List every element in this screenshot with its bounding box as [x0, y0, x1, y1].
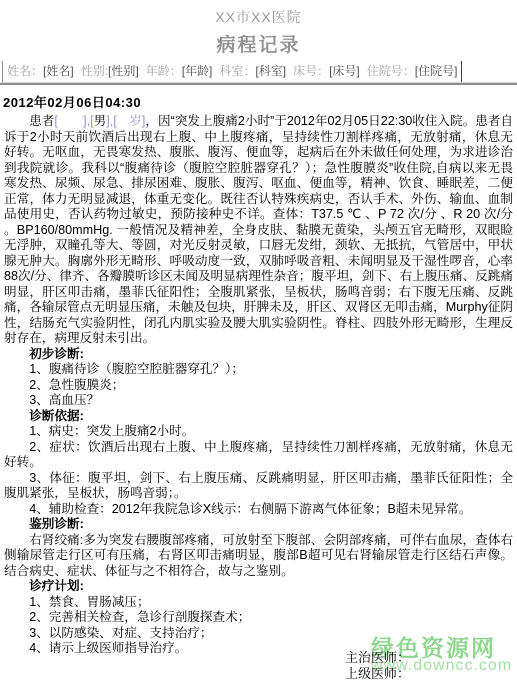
document-page: XX市XX医院 病程记录 姓名：[姓名]性别:[性别]年龄：[年龄]科室：[科室…: [0, 0, 517, 689]
patient-field: 科室：[科室]: [219, 62, 286, 79]
text-segment: 男: [94, 114, 107, 128]
patient-field-value: [住院号]: [415, 64, 458, 78]
section-item: 1、腹痛待诊（腹腔空腔脏器穿孔？）；: [4, 362, 513, 378]
page-title: 病程记录: [0, 30, 517, 57]
patient-field-label: 年龄：: [146, 64, 182, 78]
intro-paragraph: 患者[ ],[男],[ 岁]，因“突发上腹痛2小时”于2012年02月05日22…: [4, 114, 513, 347]
section-item: 3、以防感染、对症、支持治疗；: [4, 626, 513, 642]
patient-field-label: 科室：: [219, 64, 255, 78]
diagnosis-sections: 初步诊断:1、腹痛待诊（腹腔空腔脏器穿孔？）；2、急性腹膜炎；3、高血压？诊断依…: [0, 347, 517, 657]
patient-field: 床号：[床号]: [293, 62, 360, 79]
section: 诊断依据:1、病史：突发上腹痛2小时。2、症状：饮酒后出现右上腹、中上腹疼痛，呈…: [0, 409, 517, 518]
patient-field-value: [科室]: [255, 64, 286, 78]
record-datetime: 2012年02月06日04:30: [3, 92, 517, 111]
section-item: 1、禁食、胃肠减压；: [4, 595, 513, 611]
section-item: 右肾绞痛:多为突发右腰腹部疼痛，可放射至下腹部、会阴部疼痛，可伴右血尿，查体右侧…: [4, 533, 513, 580]
section-item: 1、病史：突发上腹痛2小时。: [4, 424, 513, 440]
patient-field: 姓名：[姓名]: [7, 62, 74, 79]
text-segment: [ ],[: [54, 114, 93, 128]
section-item: 4、请示上级医师指导治疗。: [4, 641, 513, 657]
patient-field: 年龄：[年龄]: [146, 62, 213, 79]
patient-field-value: [床号]: [329, 64, 360, 78]
section-heading: 初步诊断:: [4, 347, 513, 363]
patient-field-label: 住院号：: [367, 64, 415, 78]
patient-field: 住院号：[住院号]: [367, 62, 458, 79]
section-heading: 诊断依据:: [4, 409, 513, 425]
patient-field-label: 姓名：: [7, 64, 43, 78]
hospital-name: XX市XX医院: [0, 0, 517, 27]
patient-info-bar: 姓名：[姓名]性别:[性别]年龄：[年龄]科室：[科室]床号：[床号]住院号：[…: [2, 61, 462, 82]
patient-field-label: 床号：: [293, 64, 329, 78]
signature-line: 上级医师：: [345, 666, 410, 682]
patient-field-label: 性别:: [81, 64, 108, 78]
section-item: 2、完善相关检查，急诊行剖腹探查术；: [4, 610, 513, 626]
section-item: 2、症状：饮酒后出现右上腹、中上腹疼痛，呈持续性刀割样疼痛，无放射痛，休息无好转…: [4, 440, 513, 471]
patient-field-value: [年龄]: [182, 64, 213, 78]
patient-field-value: [性别]: [108, 64, 139, 78]
section-heading: 诊疗计划:: [4, 579, 513, 595]
text-segment: ],[: [106, 114, 129, 128]
patient-field: 性别:[性别]: [81, 62, 139, 79]
patient-field-value: [姓名]: [43, 64, 74, 78]
section: 诊疗计划:1、禁食、胃肠减压；2、完善相关检查，急诊行剖腹探查术；3、以防感染、…: [0, 579, 517, 657]
text-segment: ，因“突发上腹痛2小时”于2012年02月05日22:30收住入院。患者自诉于2…: [4, 114, 513, 345]
header-divider: [0, 82, 517, 85]
signature-line: 主治医师：: [345, 650, 410, 666]
section: 初步诊断:1、腹痛待诊（腹腔空腔脏器穿孔？）；2、急性腹膜炎；3、高血压？: [0, 347, 517, 409]
section-item: 2、急性腹膜炎；: [4, 378, 513, 394]
signature-block: 主治医师：上级医师：: [345, 650, 410, 681]
text-segment: 岁: [129, 114, 142, 128]
section: 鉴别诊断:右肾绞痛:多为突发右腰腹部疼痛，可放射至下腹部、会阴部疼痛，可伴右血尿…: [0, 517, 517, 579]
section-item: 4、辅助检查：2012年我院急诊X线示：右侧膈下游离气体征象；B超未见异常。: [4, 502, 513, 518]
section-item: 3、体征：腹平坦，剑下、右上腹压痛、反跳痛明显，肝区叩击痛，墨菲氏征阳性；全腹肌…: [4, 471, 513, 502]
section-heading: 鉴别诊断:: [4, 517, 513, 533]
text-segment: 患者: [29, 114, 54, 128]
section-item: 3、高血压？: [4, 393, 513, 409]
